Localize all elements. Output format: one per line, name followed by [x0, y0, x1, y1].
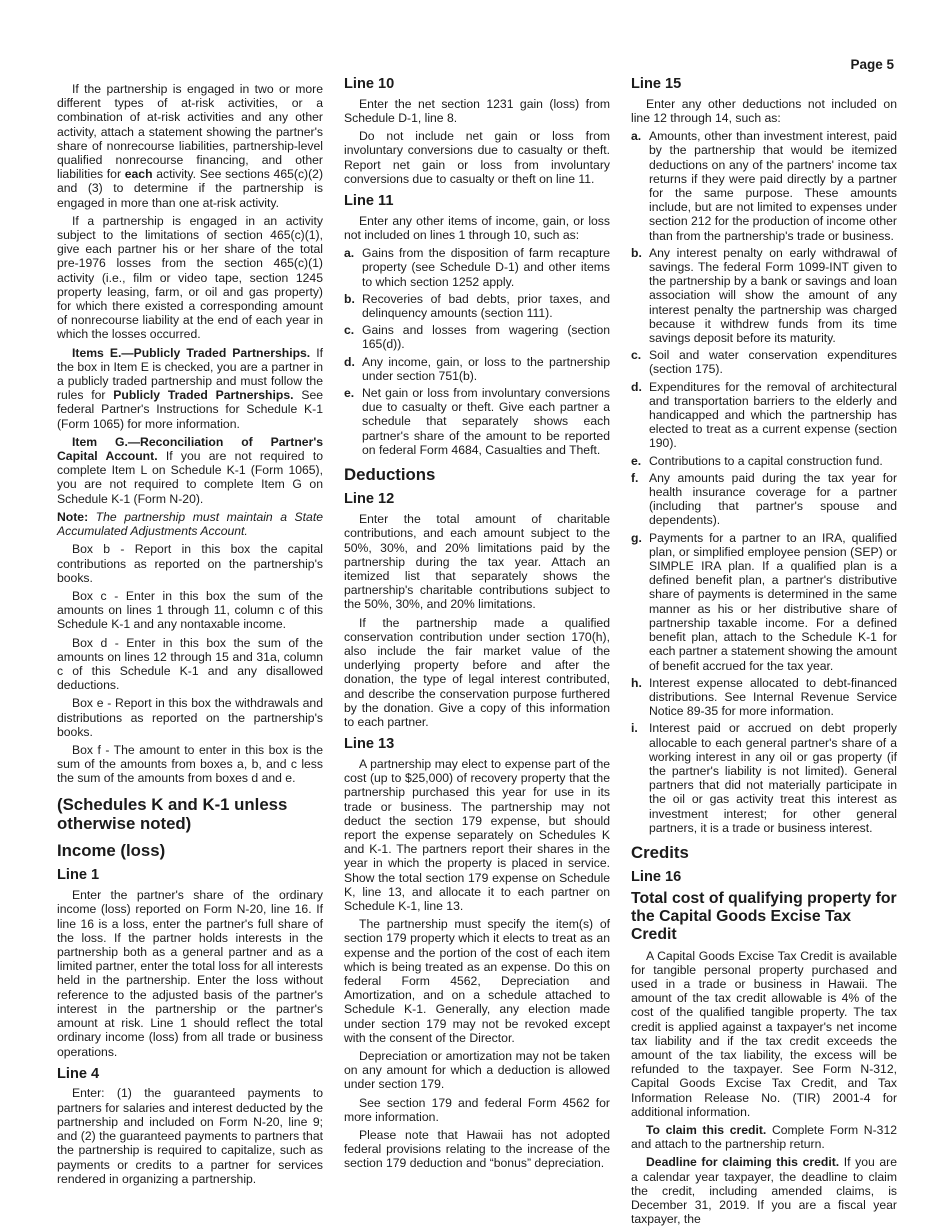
list-item-text: Interest paid or accrued on debt properl…	[649, 721, 897, 835]
text-segment: A partnership may elect to expense part …	[344, 757, 610, 913]
list-item: b.Any interest penalty on early withdraw…	[631, 246, 897, 345]
list-item: d.Any income, gain, or loss to the partn…	[344, 355, 610, 383]
text-segment: Any interest penalty on early withdrawal…	[649, 246, 897, 345]
paragraph: Box f - The amount to enter in this box …	[57, 743, 323, 786]
text-segment: Amounts, other than investment interest,…	[649, 129, 897, 242]
section-heading: Income (loss)	[57, 841, 323, 860]
list-item-letter: i.	[631, 721, 649, 835]
list-item: c.Soil and water conservation expenditur…	[631, 348, 897, 376]
text-segment: Box c - Enter in this box the sum of the…	[57, 589, 323, 631]
document-columns: If the partnership is engaged in two or …	[57, 76, 897, 1230]
section-heading: Line 10	[344, 76, 610, 93]
paragraph: Enter: (1) the guaranteed payments to pa…	[57, 1086, 323, 1185]
list-item-text: Expenditures for the removal of architec…	[649, 380, 897, 451]
paragraph: A Capital Goods Excise Tax Credit is ava…	[631, 949, 897, 1119]
text-segment: A Capital Goods Excise Tax Credit is ava…	[631, 949, 897, 1119]
text-segment: Payments for a partner to an IRA, qualif…	[649, 531, 897, 673]
list-item-text: Any amounts paid during the tax year for…	[649, 471, 897, 528]
list-item-text: Amounts, other than investment interest,…	[649, 129, 897, 243]
paragraph: The partnership must specify the item(s)…	[344, 917, 610, 1045]
list-item-text: Soil and water conservation expenditures…	[649, 348, 897, 376]
text-segment: Box e - Report in this box the withdrawa…	[57, 696, 323, 738]
section-heading: Line 15	[631, 76, 897, 93]
text-segment: Net gain or loss from involuntary conver…	[362, 386, 610, 457]
text-segment: Box b - Report in this box the capital c…	[57, 542, 323, 584]
list-item: i.Interest paid or accrued on debt prope…	[631, 721, 897, 835]
section-heading: Line 4	[57, 1066, 323, 1083]
text-segment: Enter any other items of income, gain, o…	[344, 214, 610, 242]
paragraph: Box d - Enter in this box the sum of the…	[57, 636, 323, 693]
paragraph: Items E.—Publicly Traded Partnerships. I…	[57, 346, 323, 431]
list-item: e.Contributions to a capital constructio…	[631, 454, 897, 468]
text-segment: Deadline for claiming this credit.	[646, 1155, 844, 1169]
text-segment: Box f - The amount to enter in this box …	[57, 743, 323, 785]
text-column-2: Line 10Enter the net section 1231 gain (…	[344, 76, 610, 1230]
text-segment: The partnership must maintain a State Ac…	[57, 510, 323, 538]
list-item-letter: h.	[631, 676, 649, 719]
paragraph: Enter any other deductions not included …	[631, 97, 897, 125]
list-item-text: Payments for a partner to an IRA, qualif…	[649, 531, 897, 673]
list-item: h.Interest expense allocated to debt-fin…	[631, 676, 897, 719]
section-heading: Deductions	[344, 465, 610, 484]
list-item-letter: e.	[344, 386, 362, 457]
text-segment: Note:	[57, 510, 96, 524]
list-item-letter: g.	[631, 531, 649, 673]
list-item-letter: e.	[631, 454, 649, 468]
text-segment: Any amounts paid during the tax year for…	[649, 471, 897, 528]
text-segment: Do not include net gain or loss from inv…	[344, 129, 610, 186]
list-item-text: Gains from the disposition of farm recap…	[362, 246, 610, 289]
section-heading: (Schedules K and K-1 unless otherwise no…	[57, 795, 323, 834]
list-item-text: Any interest penalty on early withdrawal…	[649, 246, 897, 345]
text-column-1: If the partnership is engaged in two or …	[57, 76, 323, 1230]
list-item: g.Payments for a partner to an IRA, qual…	[631, 531, 897, 673]
paragraph: If the partnership is engaged in two or …	[57, 82, 323, 210]
document-page: Page 5 If the partnership is engaged in …	[0, 0, 950, 1230]
list-item-letter: c.	[631, 348, 649, 376]
list-item: b.Recoveries of bad debts, prior taxes, …	[344, 292, 610, 320]
section-heading: Line 11	[344, 193, 610, 210]
text-segment: Gains from the disposition of farm recap…	[362, 246, 610, 288]
section-heading: Line 1	[57, 867, 323, 884]
paragraph: Box b - Report in this box the capital c…	[57, 542, 323, 585]
list-item: d.Expenditures for the removal of archit…	[631, 380, 897, 451]
text-segment: Contributions to a capital construction …	[649, 454, 883, 468]
section-heading: Line 12	[344, 491, 610, 508]
paragraph: Enter the partner's share of the ordinar…	[57, 888, 323, 1058]
text-segment: Enter the net section 1231 gain (loss) f…	[344, 97, 610, 125]
paragraph: See section 179 and federal Form 4562 fo…	[344, 1096, 610, 1124]
paragraph: Box c - Enter in this box the sum of the…	[57, 589, 323, 632]
text-segment: Please note that Hawaii has not adopted …	[344, 1128, 610, 1170]
section-heading: Credits	[631, 843, 897, 862]
list-item-letter: a.	[631, 129, 649, 243]
text-segment: See section 179 and federal Form 4562 fo…	[344, 1096, 610, 1124]
list-item-letter: b.	[631, 246, 649, 345]
list-item-text: Net gain or loss from involuntary conver…	[362, 386, 610, 457]
paragraph: Enter the total amount of charitable con…	[344, 512, 610, 611]
text-segment: Enter: (1) the guaranteed payments to pa…	[57, 1086, 323, 1185]
list-item: a.Gains from the disposition of farm rec…	[344, 246, 610, 289]
section-heading: Line 13	[344, 736, 610, 753]
paragraph: Enter the net section 1231 gain (loss) f…	[344, 97, 610, 125]
list-item: a.Amounts, other than investment interes…	[631, 129, 897, 243]
text-segment: Recoveries of bad debts, prior taxes, an…	[362, 292, 610, 320]
text-segment: The partnership must specify the item(s)…	[344, 917, 610, 1045]
text-segment: Interest paid or accrued on debt properl…	[649, 721, 897, 834]
text-segment: each	[125, 167, 153, 181]
text-column-3: Line 15Enter any other deductions not in…	[631, 76, 897, 1230]
list-item: e.Net gain or loss from involuntary conv…	[344, 386, 610, 457]
page-number: Page 5	[850, 57, 894, 72]
text-segment: Enter any other deductions not included …	[631, 97, 897, 125]
text-segment: Expenditures for the removal of architec…	[649, 380, 897, 451]
paragraph: Note: The partnership must maintain a St…	[57, 510, 323, 538]
list-item-text: Gains and losses from wagering (section …	[362, 323, 610, 351]
list-item-letter: b.	[344, 292, 362, 320]
text-segment: Enter the total amount of charitable con…	[344, 512, 610, 611]
list-item-letter: f.	[631, 471, 649, 528]
paragraph: Do not include net gain or loss from inv…	[344, 129, 610, 186]
list-item-letter: c.	[344, 323, 362, 351]
text-segment: Soil and water conservation expenditures…	[649, 348, 897, 376]
text-segment: If a partnership is engaged in an activi…	[57, 214, 323, 342]
list-item-text: Interest expense allocated to debt-finan…	[649, 676, 897, 719]
section-heading: Line 16	[631, 869, 897, 886]
list-item: f.Any amounts paid during the tax year f…	[631, 471, 897, 528]
text-segment: If the partnership made a qualified cons…	[344, 616, 610, 729]
paragraph: Box e - Report in this box the withdrawa…	[57, 696, 323, 739]
paragraph: If a partnership is engaged in an activi…	[57, 214, 323, 342]
paragraph: Deadline for claiming this credit. If yo…	[631, 1155, 897, 1226]
text-segment: Interest expense allocated to debt-finan…	[649, 676, 897, 718]
text-segment: Depreciation or amortization may not be …	[344, 1049, 610, 1091]
text-segment: Box d - Enter in this box the sum of the…	[57, 636, 323, 693]
list-item-text: Recoveries of bad debts, prior taxes, an…	[362, 292, 610, 320]
list-item: c.Gains and losses from wagering (sectio…	[344, 323, 610, 351]
text-segment: Enter the partner's share of the ordinar…	[57, 888, 323, 1058]
text-segment: Items E.—Publicly Traded Partnerships.	[72, 346, 316, 360]
text-segment: Any income, gain, or loss to the partner…	[362, 355, 610, 383]
list-item-text: Any income, gain, or loss to the partner…	[362, 355, 610, 383]
list-item-letter: a.	[344, 246, 362, 289]
text-segment: Publicly Traded Partnerships.	[113, 388, 293, 402]
list-item-letter: d.	[631, 380, 649, 451]
list-item-letter: d.	[344, 355, 362, 383]
text-segment: To claim this credit.	[646, 1123, 772, 1137]
paragraph: Please note that Hawaii has not adopted …	[344, 1128, 610, 1171]
section-heading: Total cost of qualifying property for th…	[631, 890, 897, 944]
paragraph: Item G.—Reconciliation of Partner's Capi…	[57, 435, 323, 506]
text-segment: Gains and losses from wagering (section …	[362, 323, 610, 351]
list-item-text: Contributions to a capital construction …	[649, 454, 897, 468]
paragraph: Enter any other items of income, gain, o…	[344, 214, 610, 242]
paragraph: Depreciation or amortization may not be …	[344, 1049, 610, 1092]
paragraph: If the partnership made a qualified cons…	[344, 616, 610, 730]
paragraph: To claim this credit. Complete Form N-31…	[631, 1123, 897, 1151]
paragraph: A partnership may elect to expense part …	[344, 757, 610, 913]
